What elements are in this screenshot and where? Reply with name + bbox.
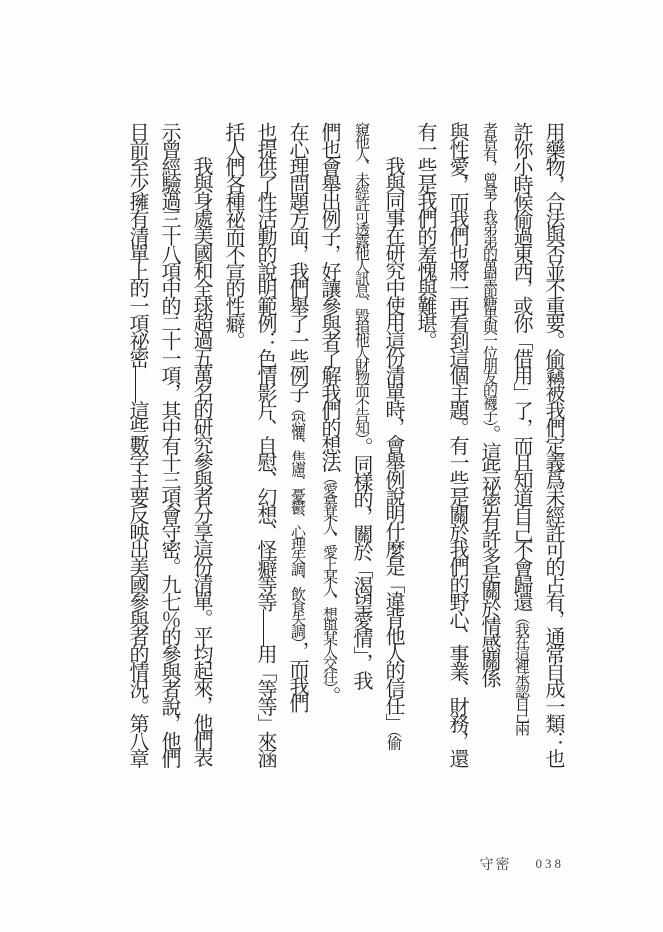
- text-segment: 。同樣的，關於「渴望愛情」，我: [350, 437, 372, 688]
- text-column: 我與身處美國和全球超過五萬名的研究參與者分享這份清單。平均起來，他們表: [185, 122, 217, 784]
- text-segment: 們也會舉出例子，好讓參與者了解我們的想法: [318, 122, 340, 470]
- text-segment: 有一些是我們的羞愧與難堪。: [414, 122, 436, 348]
- text-segment: 。這些祕密有許多是關於情感關係: [478, 425, 500, 686]
- text-segment: 在心理問題方面，我們舉了一些例子: [286, 122, 308, 400]
- text-column: 許你小時候偷過東西，或你「借用」了，而且知道自己不會歸還（我在這裡承認自己兩: [505, 122, 537, 784]
- text-segment: ，而我們: [286, 641, 308, 711]
- text-column: 用藥物，合法與否並不重要。偷竊被我們定義爲未經許可的占有，通常自成一類：也: [537, 122, 569, 784]
- text-segment: 用藥物，合法與否並不重要。偷竊被我們定義爲未經許可的占有，通常自成一類：也: [542, 122, 564, 766]
- text-column: 目前至少擁有清單上的一項祕密——這些數字主要反映出美國參與者的情況。第八章: [121, 122, 153, 784]
- running-title: 守密: [480, 854, 512, 874]
- text-segment: 我與身處美國和全球超過五萬名的研究參與者分享這份清單。平均起來，他們表: [190, 156, 212, 765]
- text-segment: 與性愛，而我們也將一再看到這個主題。有一些是關於我們的野心、事業、財務，還: [446, 122, 468, 766]
- parenthetical-note: （愛慕某人、愛上某人、想與某人交往）: [321, 470, 337, 686]
- text-segment: 許你小時候偷過東西，或你「借用」了，而且知道自己不會歸還: [510, 122, 532, 609]
- text-column: 也提供了性活動的說明範例：色情影片、自慰、幻想、怪癖等等——用「等等」來涵: [249, 122, 281, 784]
- text-segment: 示曾經驗過三十八項中的二十一項，其中有十三項會守密。九七％的參與者說，他們: [158, 122, 180, 766]
- text-segment: 括人們各種祕而不宣的性癖。: [222, 122, 244, 348]
- page-number: 038: [536, 856, 565, 872]
- text-column: 示曾經驗過三十八項中的二十一項，其中有十三項會守密。九七％的參與者說，他們: [153, 122, 185, 784]
- parenthetical-note: （恐懼、焦慮、憂鬱、心理失調、飲食失調）: [289, 400, 305, 641]
- parenthetical-note: （偷: [385, 730, 401, 747]
- parenthetical-note: （我在這裡承認自己兩: [513, 609, 529, 733]
- text-segment: 目前至少擁有清單上的一項祕密——這些數字主要反映出美國參與者的情況。第八章: [126, 122, 148, 766]
- parenthetical-note: 者皆有，曾拿了我弟弟的萬聖節糖果與一位朋友的襪子）: [481, 122, 497, 425]
- book-page: 用藥物，合法與否並不重要。偷竊被我們定義爲未經許可的占有，通常自成一類：也許你小…: [0, 0, 663, 932]
- text-column: 有一些是我們的羞愧與難堪。: [409, 122, 441, 784]
- text-segment: 也提供了性活動的說明範例：色情影片、自慰、幻想、怪癖等等——用「等等」來涵: [254, 122, 276, 766]
- text-column: 括人們各種祕而不宣的性癖。: [217, 122, 249, 784]
- text-column: 我與同事在研究中使用這份清單時，會舉例說明什麼是「違背他人的信任」（偷: [377, 122, 409, 784]
- text-column: 與性愛，而我們也將一再看到這個主題。有一些是關於我們的野心、事業、財務，還: [441, 122, 473, 784]
- text-segment: 。: [318, 686, 340, 703]
- text-segment: 我與同事在研究中使用這份清單時，會舉例說明什麼是「違背他人的信任」: [382, 156, 404, 730]
- parenthetical-note: 窺他人、未經許可透露他人訊息、毀損他人財物而不告知）: [353, 122, 369, 437]
- text-column: 在心理問題方面，我們舉了一些例子（恐懼、焦慮、憂鬱、心理失調、飲食失調），而我們: [281, 122, 313, 784]
- text-column: 者皆有，曾拿了我弟弟的萬聖節糖果與一位朋友的襪子）。這些祕密有許多是關於情感關係: [473, 122, 505, 784]
- page-footer: 守密 038: [0, 854, 564, 874]
- text-column: 們也會舉出例子，好讓參與者了解我們的想法（愛慕某人、愛上某人、想與某人交往）。: [313, 122, 345, 784]
- text-column: 窺他人、未經許可透露他人訊息、毀損他人財物而不告知）。同樣的，關於「渴望愛情」，…: [345, 122, 377, 784]
- text-columns: 用藥物，合法與否並不重要。偷竊被我們定義爲未經許可的占有，通常自成一類：也許你小…: [121, 122, 569, 784]
